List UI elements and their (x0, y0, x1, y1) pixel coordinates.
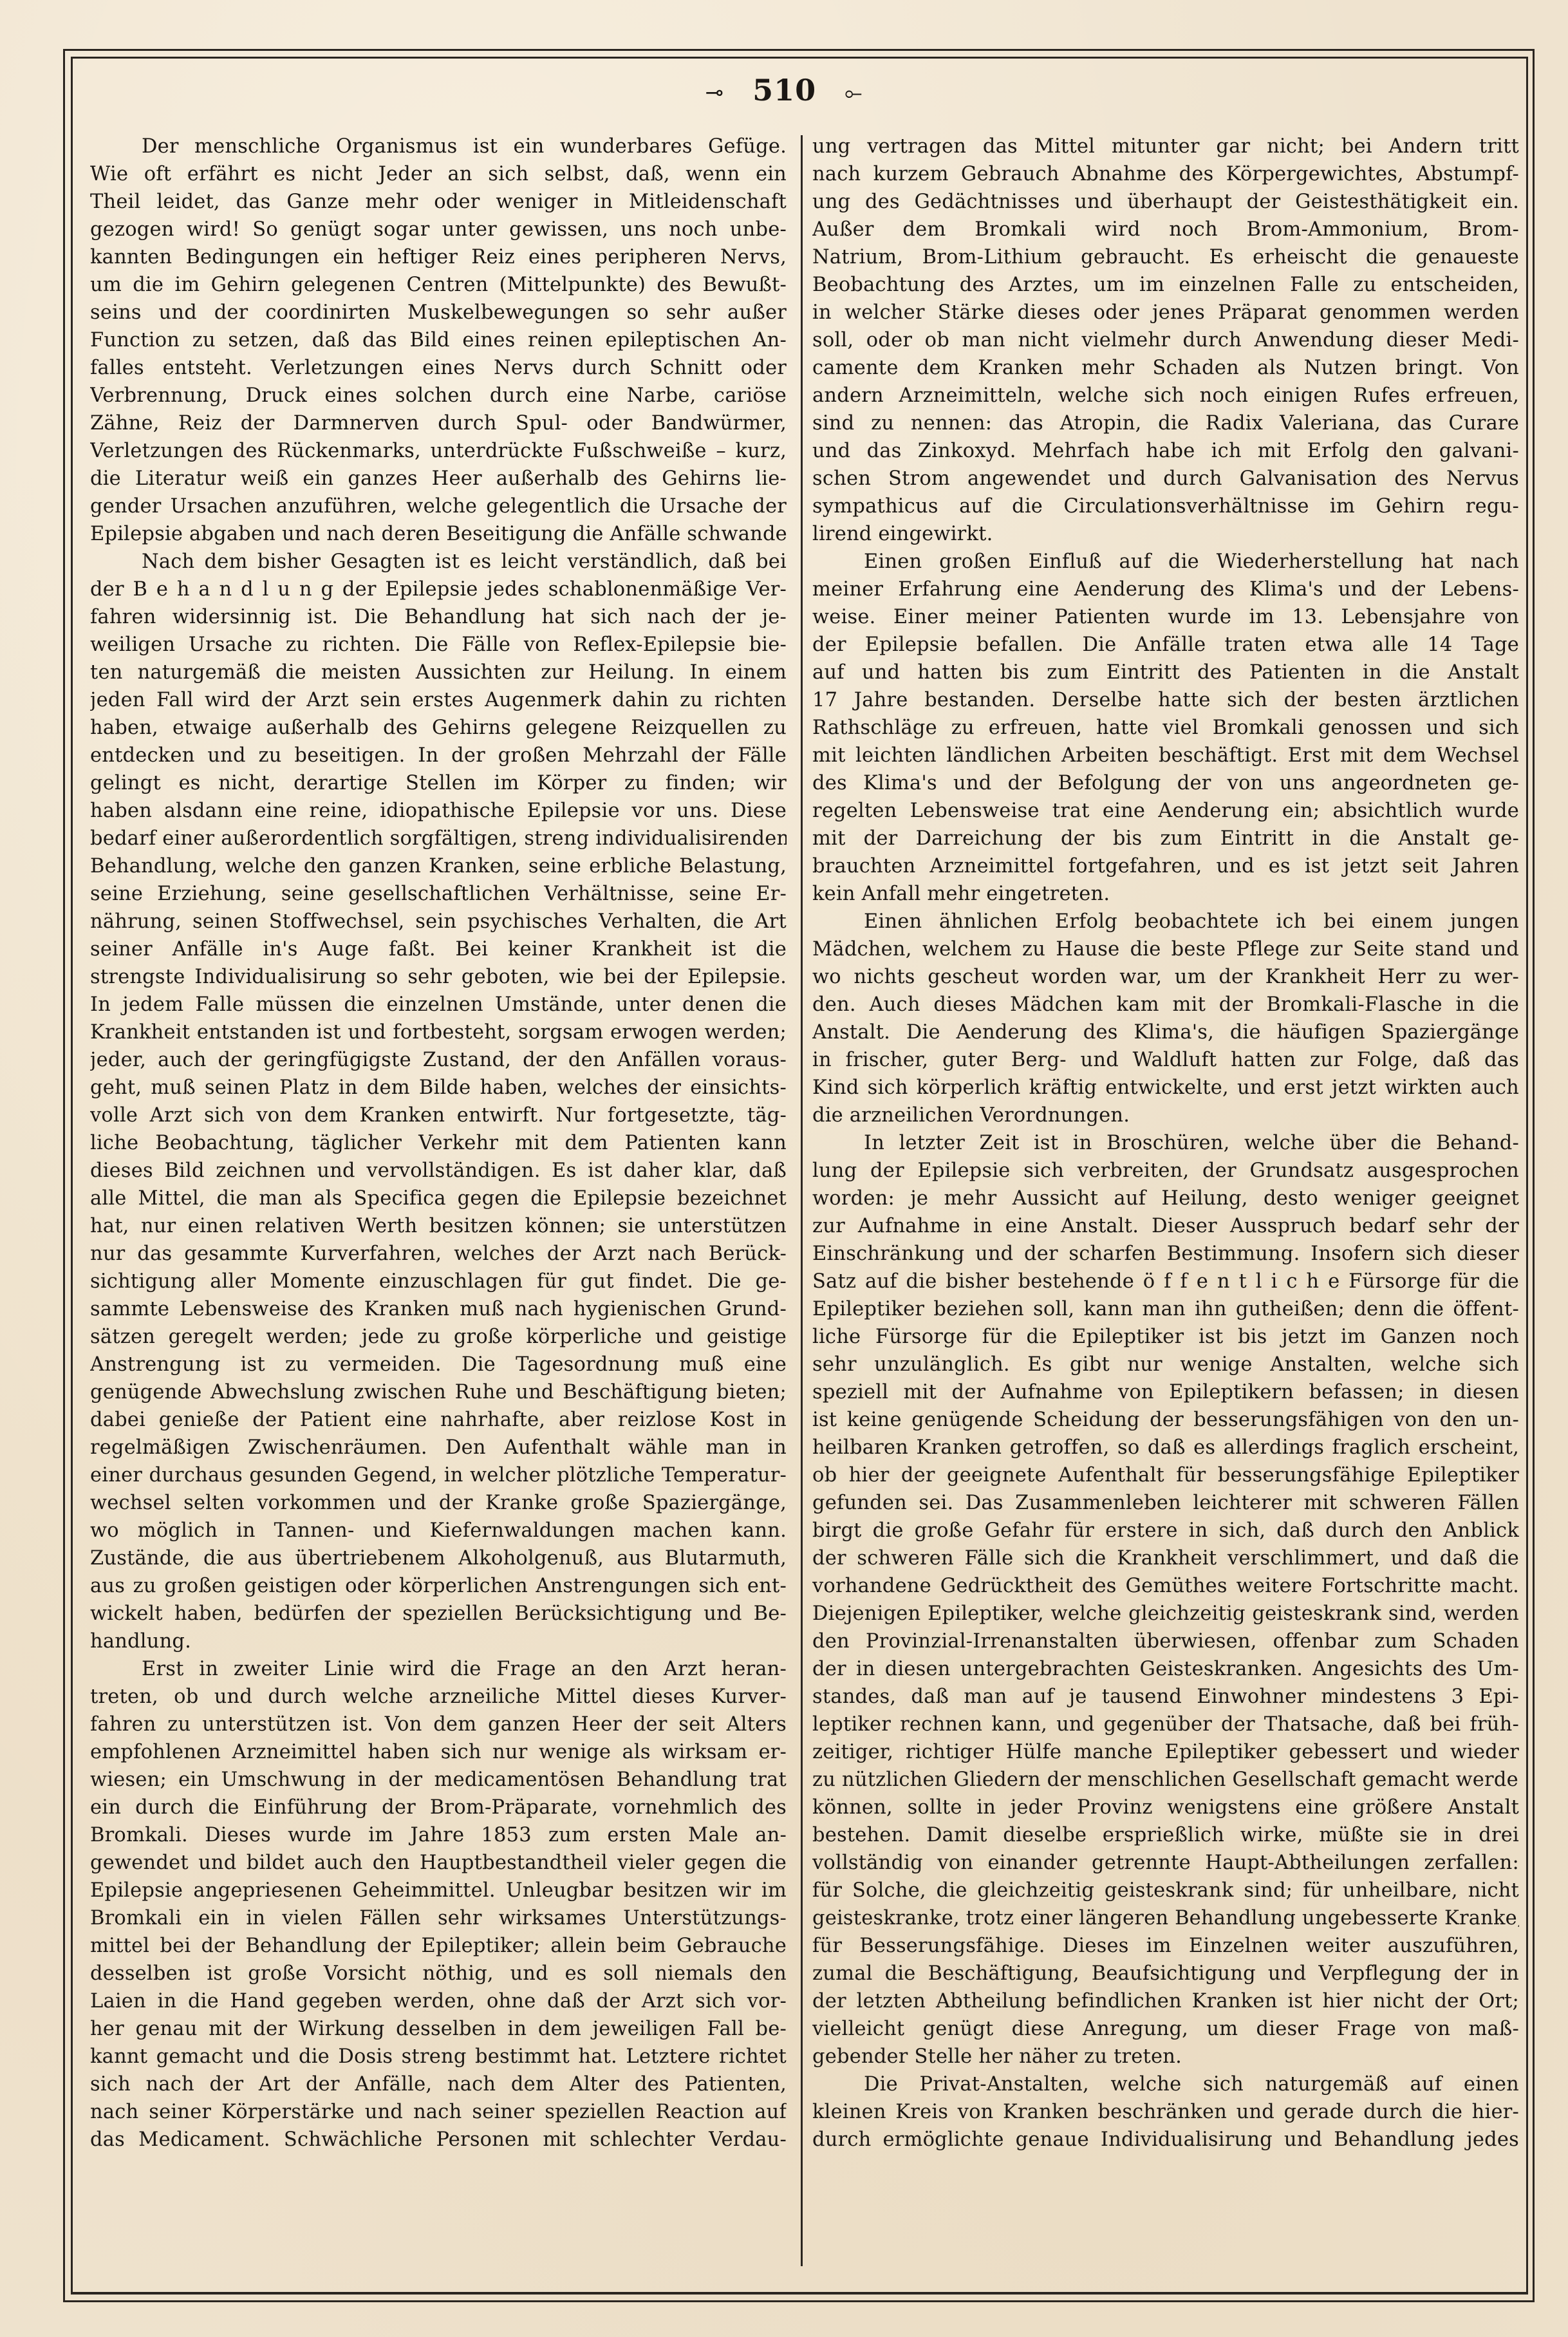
text-line: regelmäßigen Zwischenräumen. Den Aufenth… (90, 1434, 787, 1461)
text-line: Anstrengung ist zu vermeiden. Die Tageso… (90, 1351, 787, 1378)
text-line: ob hier der geeignete Aufenthalt für bes… (812, 1461, 1519, 1489)
text-line: mittel bei der Behandlung der Epileptike… (90, 1932, 787, 1960)
text-line: vollständig von einander getrennte Haupt… (812, 1849, 1519, 1877)
text-line: Epileptiker beziehen soll, kann man ihn … (812, 1295, 1519, 1323)
text-line: und das Zinkoxyd. Mehrfach habe ich mit … (812, 437, 1519, 465)
text-line: der letzten Abtheilung befindlichen Kran… (812, 1987, 1519, 2015)
text-line: Anstalt. Die Aenderung des Klima's, die … (812, 1018, 1519, 1046)
text-line: zu nützlichen Gliedern der menschlichen … (812, 1766, 1519, 1794)
text-line: für Solche, die gleichzeitig geisteskran… (812, 1877, 1519, 1904)
text-line: wo möglich in Tannen- und Kiefernwaldung… (90, 1517, 787, 1544)
text-line: zeitiger, richtiger Hülfe manche Epilept… (812, 1738, 1519, 1766)
text-line: sätzen geregelt werden; jede zu große kö… (90, 1323, 787, 1351)
text-line: heilbaren Kranken getroffen, so daß es a… (812, 1434, 1519, 1461)
text-line: soll, oder ob man nicht vielmehr durch A… (812, 326, 1519, 354)
text-line: Einen ähnlichen Erfolg beobachtete ich b… (812, 908, 1519, 935)
text-line: in welcher Stärke dieses oder jenes Präp… (812, 299, 1519, 326)
text-line: gezogen wird! So genügt sogar unter gewi… (90, 216, 787, 243)
text-line: liche Beobachtung, täglicher Verkehr mit… (90, 1129, 787, 1157)
text-line: Nach dem bisher Gesagten ist es leicht v… (90, 548, 787, 576)
text-line: bestehen. Damit dieselbe ersprießlich wi… (812, 1821, 1519, 1849)
text-line: sehr unzulänglich. Es gibt nur wenige An… (812, 1351, 1519, 1378)
text-line: Rathschläge zu erfreuen, hatte viel Brom… (812, 714, 1519, 742)
text-line: In jedem Falle müssen die einzelnen Umst… (90, 991, 787, 1018)
text-line: durch ermöglichte genaue Individualisiru… (812, 2126, 1519, 2154)
text-line: das Medicament. Schwächliche Personen mi… (90, 2126, 787, 2154)
left-column: Der menschliche Organismus ist ein wunde… (90, 133, 787, 2154)
text-line: nach seiner Körperstärke und nach seiner… (90, 2098, 787, 2126)
text-line: entdecken und zu beseitigen. In der groß… (90, 742, 787, 769)
text-line: handlung. (90, 1628, 787, 1655)
text-line: lirend eingewirkt. (812, 520, 1519, 548)
text-line: um die im Gehirn gelegenen Centren (Mitt… (90, 271, 787, 299)
text-line: birgt die große Gefahr für erstere in si… (812, 1517, 1519, 1544)
text-line: Der menschliche Organismus ist ein wunde… (90, 133, 787, 160)
text-line: Theil leidet, das Ganze mehr oder wenige… (90, 188, 787, 216)
text-line: dieses Bild zeichnen und vervollständige… (90, 1157, 787, 1185)
text-line: haben, etwaige außerhalb des Gehirns gel… (90, 714, 787, 742)
text-line: einer durchaus gesunden Gegend, in welch… (90, 1461, 787, 1489)
text-line: nährung, seinen Stoffwechsel, sein psych… (90, 908, 787, 935)
text-line: geisteskranke, trotz einer längeren Beha… (812, 1904, 1519, 1932)
text-line: mit der Darreichung der bis zum Eintritt… (812, 825, 1519, 852)
text-line: Wie oft erfährt es nicht Jeder an sich s… (90, 160, 787, 188)
text-line: fahren zu unterstützen ist. Von dem ganz… (90, 1711, 787, 1738)
text-line: Verletzungen des Rückenmarks, unterdrück… (90, 437, 787, 465)
text-line: geht, muß seinen Platz in dem Bilde habe… (90, 1074, 787, 1102)
ornament-right-icon: ⟜ (845, 75, 863, 111)
text-line: genügende Abwechslung zwischen Ruhe und … (90, 1378, 787, 1406)
text-line: fahren widersinnig ist. Die Behandlung h… (90, 603, 787, 631)
text-line: dabei genieße der Patient eine nahrhafte… (90, 1406, 787, 1434)
text-line: wechsel selten vorkommen und der Kranke … (90, 1489, 787, 1517)
text-line: der Epilepsie befallen. Die Anfälle trat… (812, 631, 1519, 659)
text-line: seiner Anfälle in's Auge faßt. Bei keine… (90, 935, 787, 963)
text-line: ist keine genügende Scheidung der besser… (812, 1406, 1519, 1434)
text-line: jeder, auch der geringfügigste Zustand, … (90, 1046, 787, 1074)
text-line: gelingt es nicht, derartige Stellen im K… (90, 769, 787, 797)
text-line: des Klima's und der Befolgung der von un… (812, 769, 1519, 797)
text-line: Diejenigen Epileptiker, welche gleichzei… (812, 1600, 1519, 1628)
text-line: weise. Einer meiner Patienten wurde im 1… (812, 603, 1519, 631)
text-line: haben alsdann eine reine, idiopathische … (90, 797, 787, 825)
text-line: kannt gemacht und die Dosis streng besti… (90, 2043, 787, 2070)
text-line: die Literatur weiß ein ganzes Heer außer… (90, 465, 787, 493)
text-line: standes, daß man auf je tausend Einwohne… (812, 1683, 1519, 1711)
page-number: 510 (752, 73, 816, 108)
text-line: alle Mittel, die man als Specifica gegen… (90, 1185, 787, 1212)
text-line: brauchten Arzneimittel fortgefahren, und… (812, 852, 1519, 880)
text-line: aus zu großen geistigen oder körperliche… (90, 1572, 787, 1600)
text-line: mit leichten ländlichen Arbeiten beschäf… (812, 742, 1519, 769)
text-line: treten, ob und durch welche arzneiliche … (90, 1683, 787, 1711)
text-line: regelten Lebensweise trat eine Aenderung… (812, 797, 1519, 825)
text-line: speziell mit der Aufnahme von Epileptike… (812, 1378, 1519, 1406)
text-line: in frischer, guter Berg- und Waldluft ha… (812, 1046, 1519, 1074)
text-line: schen Strom angewendet und durch Galvani… (812, 465, 1519, 493)
text-line: Verbrennung, Druck eines solchen durch e… (90, 382, 787, 409)
text-line: Epilepsie abgaben und nach deren Beseiti… (90, 520, 787, 548)
text-line: vorhandene Gedrücktheit des Gemüthes wei… (812, 1572, 1519, 1600)
text-line: Bromkali ein in vielen Fällen sehr wirks… (90, 1904, 787, 1932)
text-line: zumal die Beschäftigung, Beaufsichtigung… (812, 1960, 1519, 1987)
text-line: seins und der coordinirten Muskelbewegun… (90, 299, 787, 326)
text-line: volle Arzt sich von dem Kranken entwirft… (90, 1102, 787, 1129)
text-line: desselben ist große Vorsicht nöthig, und… (90, 1960, 787, 1987)
text-line: zur Aufnahme in eine Anstalt. Dieser Aus… (812, 1212, 1519, 1240)
bottom-rule (71, 2292, 1528, 2294)
text-line: meiner Erfahrung eine Aenderung des Klim… (812, 576, 1519, 603)
text-line: liche Fürsorge für die Epileptiker ist b… (812, 1323, 1519, 1351)
text-line: ung des Gedächtnisses und überhaupt der … (812, 188, 1519, 216)
text-line: 17 Jahre bestanden. Derselbe hatte sich … (812, 686, 1519, 714)
text-line: seine Erziehung, seine gesellschaftliche… (90, 880, 787, 908)
text-line: der B e h a n d l u n g der Epilepsie je… (90, 576, 787, 603)
text-line: kannten Bedingungen ein heftiger Reiz ei… (90, 243, 787, 271)
text-line: sich nach der Art der Anfälle, nach dem … (90, 2070, 787, 2098)
text-line: nur das gesammte Kurverfahren, welches d… (90, 1240, 787, 1268)
ornament-left-icon: ⊸ (705, 75, 725, 111)
text-line: In letzter Zeit ist in Broschüren, welch… (812, 1129, 1519, 1157)
text-line: nach kurzem Gebrauch Abnahme des Körperg… (812, 160, 1519, 188)
text-line: gefunden sei. Das Zusammenleben leichter… (812, 1489, 1519, 1517)
text-line: Laien in die Hand gegeben werden, ohne d… (90, 1987, 787, 2015)
text-line: Zustände, die aus übertriebenem Alkoholg… (90, 1544, 787, 1572)
right-column: ung vertragen das Mittel mitunter gar ni… (812, 133, 1519, 2154)
page-header: ⊸510⟜ (0, 72, 1568, 111)
text-line: gender Ursachen anzuführen, welche geleg… (90, 493, 787, 520)
text-line: Erst in zweiter Linie wird die Frage an … (90, 1655, 787, 1683)
column-divider (801, 135, 803, 2266)
text-line: auf und hatten bis zum Eintritt des Pati… (812, 659, 1519, 686)
text-line: falles entsteht. Verletzungen eines Nerv… (90, 354, 787, 382)
text-line: Natrium, Brom-Lithium gebraucht. Es erhe… (812, 243, 1519, 271)
text-line: wo nichts gescheut worden war, um der Kr… (812, 963, 1519, 991)
text-line: strengste Individualisirung so sehr gebo… (90, 963, 787, 991)
text-line: camente dem Kranken mehr Schaden als Nut… (812, 354, 1519, 382)
text-line: wiesen; ein Umschwung in der medicamentö… (90, 1766, 787, 1794)
text-line: andern Arzneimitteln, welche sich noch e… (812, 382, 1519, 409)
text-line: Einen großen Einfluß auf die Wiederherst… (812, 548, 1519, 576)
text-line: gewendet und bildet auch den Hauptbestan… (90, 1849, 787, 1877)
text-line: Mädchen, welchem zu Hause die beste Pfle… (812, 935, 1519, 963)
text-line: weiligen Ursache zu richten. Die Fälle v… (90, 631, 787, 659)
text-line: vielleicht genügt diese Anregung, um die… (812, 2015, 1519, 2043)
text-line: den Provinzial-Irrenanstalten überwiesen… (812, 1628, 1519, 1655)
text-line: Außer dem Bromkali wird noch Brom-Ammoni… (812, 216, 1519, 243)
text-line: kein Anfall mehr eingetreten. (812, 880, 1519, 908)
text-line: bedarf einer außerordentlich sorgfältige… (90, 825, 787, 852)
text-line: Function zu setzen, daß das Bild eines r… (90, 326, 787, 354)
text-line: Epilepsie angepriesenen Geheimmittel. Un… (90, 1877, 787, 1904)
text-line: Satz auf die bisher bestehende ö f f e n… (812, 1268, 1519, 1295)
text-line: Kind sich körperlich kräftig entwickelte… (812, 1074, 1519, 1102)
text-line: Einschränkung und der scharfen Bestimmun… (812, 1240, 1519, 1268)
text-line: für Besserungsfähige. Dieses im Einzelne… (812, 1932, 1519, 1960)
text-line: den. Auch dieses Mädchen kam mit der Bro… (812, 991, 1519, 1018)
text-line: Krankheit entstanden ist und fortbesteht… (90, 1018, 787, 1046)
text-line: der in diesen untergebrachten Geisteskra… (812, 1655, 1519, 1683)
text-line: Die Privat-Anstalten, welche sich naturg… (812, 2070, 1519, 2098)
text-line: der schweren Fälle sich die Krankheit ve… (812, 1544, 1519, 1572)
text-line: ung vertragen das Mittel mitunter gar ni… (812, 133, 1519, 160)
text-line: die arzneilichen Verordnungen. (812, 1102, 1519, 1129)
text-line: kleinen Kreis von Kranken beschränken un… (812, 2098, 1519, 2126)
text-line: hat, nur einen relativen Werth besitzen … (90, 1212, 787, 1240)
text-line: lung der Epilepsie sich verbreiten, der … (812, 1157, 1519, 1185)
text-line: sympathicus auf die Circulationsverhältn… (812, 493, 1519, 520)
text-line: wickelt haben, bedürfen der speziellen B… (90, 1600, 787, 1628)
text-line: können, sollte in jeder Provinz wenigste… (812, 1794, 1519, 1821)
text-line: sichtigung aller Momente einzuschlagen f… (90, 1268, 787, 1295)
text-line: leptiker rechnen kann, und gegenüber der… (812, 1711, 1519, 1738)
text-line: sammte Lebensweise des Kranken muß nach … (90, 1295, 787, 1323)
text-line: Bromkali. Dieses wurde im Jahre 1853 zum… (90, 1821, 787, 1849)
text-line: Zähne, Reiz der Darmnerven durch Spul- o… (90, 409, 787, 437)
text-line: ten naturgemäß die meisten Aussichten zu… (90, 659, 787, 686)
text-line: her genau mit der Wirkung desselben in d… (90, 2015, 787, 2043)
text-line: jeden Fall wird der Arzt sein erstes Aug… (90, 686, 787, 714)
text-line: empfohlenen Arzneimittel haben sich nur … (90, 1738, 787, 1766)
text-line: gebender Stelle her näher zu treten. (812, 2043, 1519, 2070)
text-line: ein durch die Einführung der Brom-Präpar… (90, 1794, 787, 1821)
text-line: Beobachtung des Arztes, um im einzelnen … (812, 271, 1519, 299)
text-line: sind zu nennen: das Atropin, die Radix V… (812, 409, 1519, 437)
text-line: Behandlung, welche den ganzen Kranken, s… (90, 852, 787, 880)
text-line: worden: je mehr Aussicht auf Heilung, de… (812, 1185, 1519, 1212)
